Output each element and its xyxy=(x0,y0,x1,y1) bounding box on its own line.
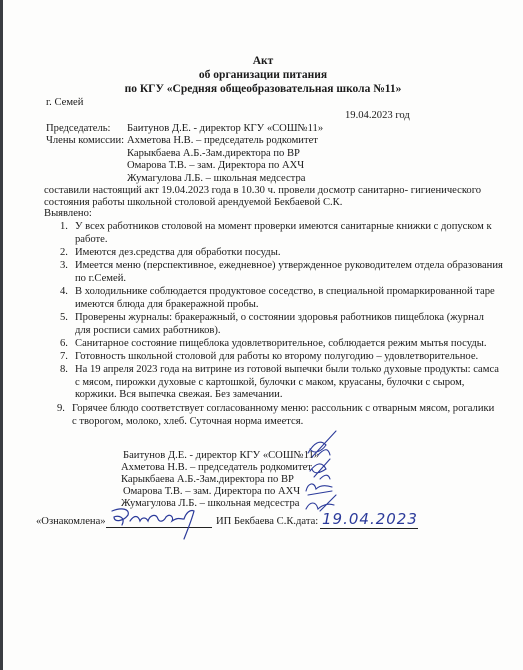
finding-text: Горячее блюдо соответствует согласованно… xyxy=(72,403,497,428)
acknowledged-by: ИП Бекбаева С.К. xyxy=(216,516,296,528)
finding-text: У всех работников столовой на момент про… xyxy=(75,221,495,246)
doc-title: Акт xyxy=(3,55,523,67)
acknowledged-label: «Ознакомлена» xyxy=(36,516,106,528)
finding-num: 5. xyxy=(60,312,68,323)
finding-num: 7. xyxy=(60,351,68,362)
chairman-label: Председатель: xyxy=(46,123,111,135)
member-3: Омарова Т.В. – зам. Директора по АХЧ xyxy=(127,160,304,172)
member-4: Жумагулова Л.Б. – школьная медсестра xyxy=(127,173,305,185)
finding-num: 1. xyxy=(60,221,68,232)
signatory-2: Ахметова Н.В. – председатель родкомитет xyxy=(121,462,312,474)
finding-text: На 19 апреля 2023 года на витрине из гот… xyxy=(75,364,500,402)
finding-text: Имеется меню (перспективное, ежедневное)… xyxy=(75,260,505,285)
finding-num: 2. xyxy=(60,247,68,258)
finding-num: 4. xyxy=(60,286,68,297)
doc-date: 19.04.2023 год xyxy=(345,110,410,122)
signature-marks xyxy=(300,425,345,520)
member-2: Карыкбаева А.Б.-Зам.директора по ВР xyxy=(127,148,300,160)
finding-num: 3. xyxy=(60,260,68,271)
member-1: Ахметова Н.В. – председатель родкомитет xyxy=(127,135,318,147)
intro-line-1: составили настоящий акт 19.04.2023 года … xyxy=(44,185,481,197)
finding-text: Готовность школьной столовой для работы … xyxy=(75,351,505,364)
doc-subtitle: об организации питания xyxy=(3,69,523,81)
finding-text: Имеются дез.средства для обработки посуд… xyxy=(75,247,495,260)
finding-text: Санитарное состояние пищеблока удовлетво… xyxy=(75,338,505,351)
found-label: Выявлено: xyxy=(44,208,92,220)
acknowledgement-signature xyxy=(108,505,208,545)
doc-subtitle-school: по КГУ «Средняя общеобразовательная школ… xyxy=(3,83,523,95)
chairman-value: Баитунов Д.Е. - директор КГУ «СОШ№11» xyxy=(127,123,323,135)
signatory-1: Баитунов Д.Е. - директор КГУ «СОШ№11» xyxy=(123,450,319,462)
members-label: Члены комиссии: xyxy=(46,135,124,147)
handwritten-date: 19.04.2023 xyxy=(322,510,418,528)
finding-num: 9. xyxy=(57,403,65,414)
finding-num: 8. xyxy=(60,364,68,375)
date-line xyxy=(320,528,418,529)
city: г. Семей xyxy=(46,97,83,109)
signatory-4: Омарова Т.В. – зам. Директора по АХЧ xyxy=(123,486,300,498)
finding-text: В холодильнике соблюдается продуктовое с… xyxy=(75,286,495,311)
finding-text: Проверены журналы: бракеражный, о состоя… xyxy=(75,312,500,337)
signatory-3: Карыкбаева А.Б.-Зам.директора по ВР xyxy=(121,474,294,486)
finding-num: 6. xyxy=(60,338,68,349)
date-label: дата: xyxy=(296,516,318,528)
